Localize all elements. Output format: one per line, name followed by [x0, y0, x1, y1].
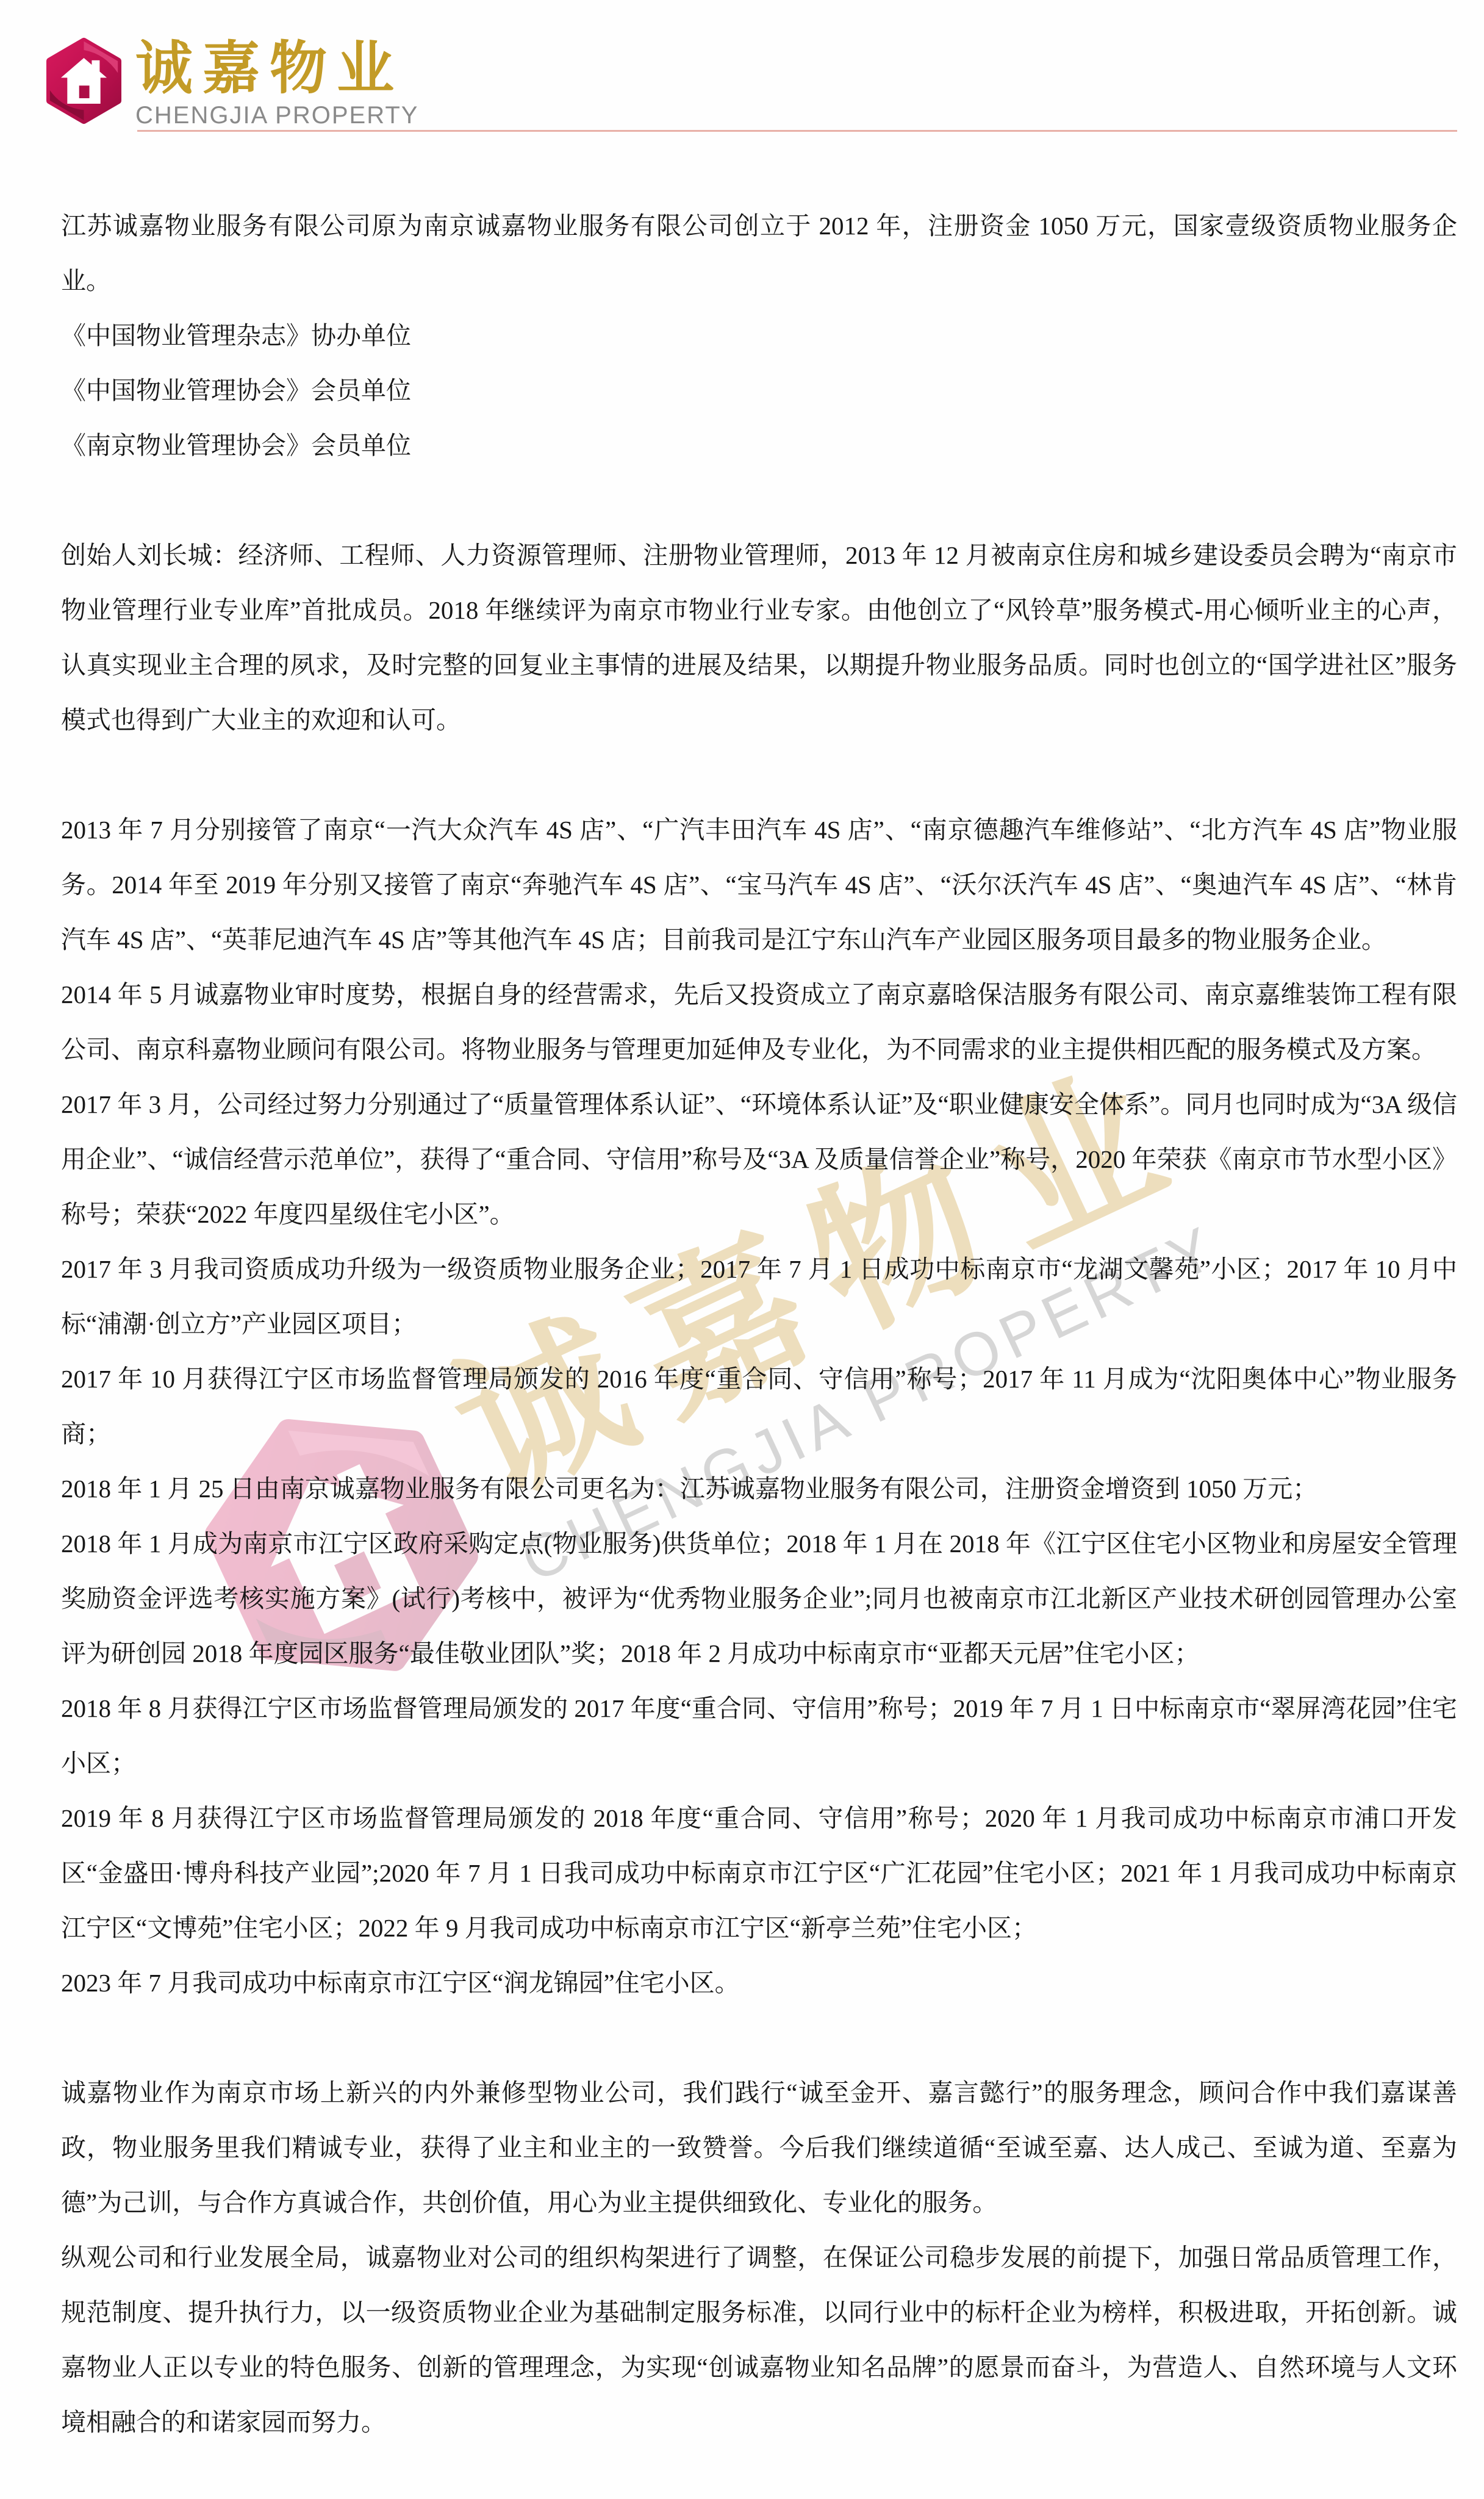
document-page: 诚嘉物业 CHENGJIA PROPERTY 诚嘉物业 CHENGJIA PRO…: [0, 0, 1484, 2499]
paragraph-11: 2018 年 1 月 25 日由南京诚嘉物业服务有限公司更名为：江苏诚嘉物业服务…: [61, 1461, 1457, 1516]
paragraph-13: 2018 年 8 月获得江宁区市场监督管理局颁发的 2017 年度“重合同、守信…: [61, 1681, 1457, 1791]
paragraph-12: 2018 年 1 月成为南京市江宁区政府采购定点(物业服务)供货单位；2018 …: [61, 1516, 1457, 1681]
paragraph-2: 《中国物业管理杂志》协办单位: [61, 308, 1457, 363]
brand-logo: 诚嘉物业 CHENGJIA PROPERTY: [135, 38, 418, 128]
header-divider: [137, 130, 1457, 132]
paragraph-9: 2017 年 3 月我司资质成功升级为一级资质物业服务企业；2017 年 7 月…: [61, 1242, 1457, 1351]
paragraph-5: 创始人刘长城：经济师、工程师、人力资源管理师、注册物业管理师，2013 年 12…: [61, 528, 1457, 747]
paragraph-4: 《南京物业管理协会》会员单位: [61, 418, 1457, 473]
paragraph-14: 2019 年 8 月获得江宁区市场监督管理局颁发的 2018 年度“重合同、守信…: [61, 1791, 1457, 1955]
paragraph-3: 《中国物业管理协会》会员单位: [61, 363, 1457, 418]
document-body: 江苏诚嘉物业服务有限公司原为南京诚嘉物业服务有限公司创立于 2012 年，注册资…: [61, 198, 1457, 2450]
paragraph-7: 2014 年 5 月诚嘉物业审时度势，根据自身的经营需求，先后又投资成立了南京嘉…: [61, 967, 1457, 1077]
paragraph-10: 2017 年 10 月获得江宁区市场监督管理局颁发的 2016 年度“重合同、守…: [61, 1351, 1457, 1461]
brand-name-cn: 诚嘉物业: [135, 38, 418, 99]
paragraph-15: 2023 年 7 月我司成功中标南京市江宁区“润龙锦园”住宅小区。: [61, 1955, 1457, 2010]
brand-name-en: CHENGJIA PROPERTY: [135, 102, 418, 128]
paragraph-8: 2017 年 3 月，公司经过努力分别通过了“质量管理体系认证”、“环境体系认证…: [61, 1077, 1457, 1242]
paragraph-17: 纵观公司和行业发展全局，诚嘉物业对公司的组织构架进行了调整，在保证公司稳步发展的…: [61, 2230, 1457, 2450]
paragraph-6: 2013 年 7 月分别接管了南京“一汽大众汽车 4S 店”、“广汽丰田汽车 4…: [61, 802, 1457, 967]
house-logo-icon: [44, 37, 124, 125]
paragraph-1: 江苏诚嘉物业服务有限公司原为南京诚嘉物业服务有限公司创立于 2012 年，注册资…: [61, 198, 1457, 308]
paragraph-16: 诚嘉物业作为南京市场上新兴的内外兼修型物业公司，我们践行“诚至金开、嘉言懿行”的…: [61, 2065, 1457, 2230]
